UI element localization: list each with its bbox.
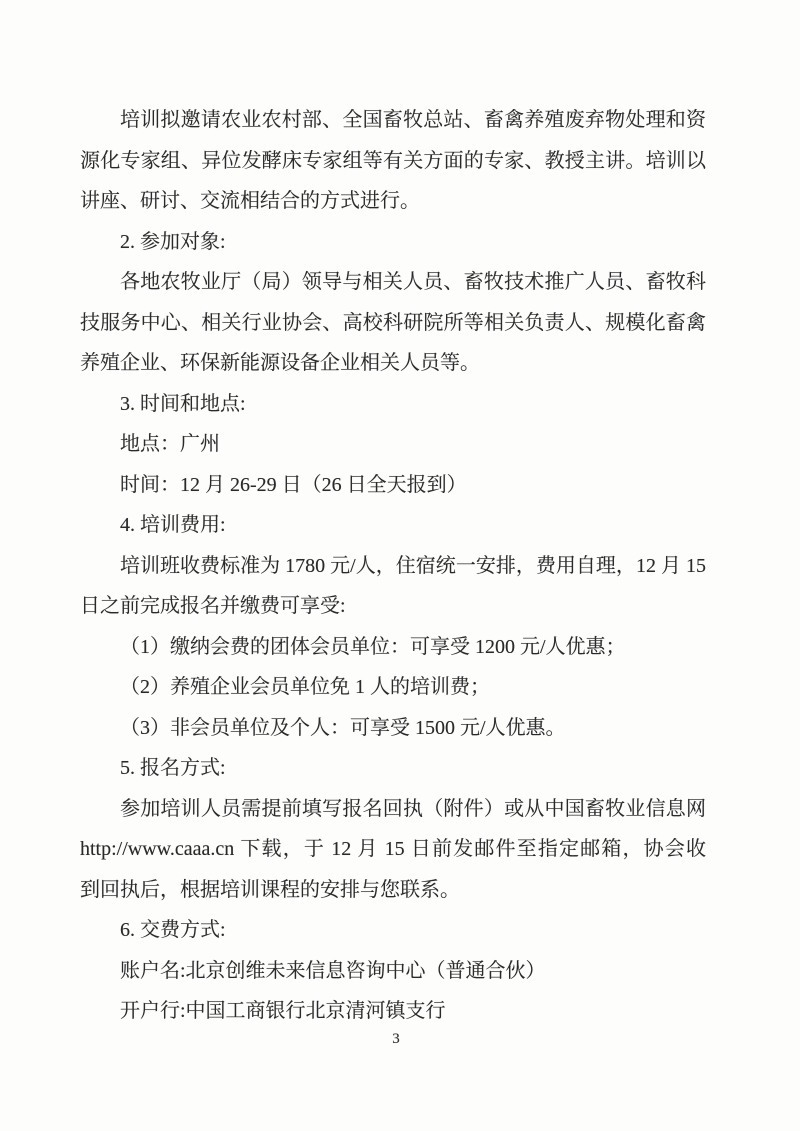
text-line: 讲座、研讨、交流相结合的方式进行。 [80,181,706,222]
text-line: 参加培训人员需提前填写报名回执（附件）或从中国畜牧业信息网 [80,789,706,830]
text-line: （1）缴纳会费的团体会员单位：可享受 1200 元/人优惠； [80,627,706,668]
text-line: http://www.caaa.cn 下载，于 12 月 15 日前发邮件至指定… [80,829,706,870]
section-3-time-place-heading: 3. 时间和地点: [80,384,706,425]
fee-item-3: （3）非会员单位及个人：可享受 1500 元/人优惠。 [80,708,706,749]
place-line: 地点：广州 [80,424,706,465]
text-line: 各地农牧业厅（局）领导与相关人员、畜牧技术推广人员、畜牧科 [80,262,706,303]
document-page: 培训拟邀请农业农村部、全国畜牧总站、畜禽养殖废弃物处理和资源化专家组、异位发酵床… [0,0,800,1131]
page-number: 3 [0,1028,792,1050]
intro-lecturers-paragraph: 培训拟邀请农业农村部、全国畜牧总站、畜禽养殖废弃物处理和资源化专家组、异位发酵床… [80,100,706,222]
text-line: 开户行:中国工商银行北京清河镇支行 [80,991,706,1032]
text-line: 日之前完成报名并缴费可享受: [80,586,706,627]
text-line: 培训班收费标准为 1780 元/人，住宿统一安排，费用自理，12 月 15 [80,546,706,587]
text-line: 地点：广州 [80,424,706,465]
text-line: 技服务中心、相关行业协会、高校科研院所等相关负责人、规模化畜禽 [80,303,706,344]
heading-line: 4. 培训费用: [80,505,706,546]
section-2-participants-heading: 2. 参加对象: [80,222,706,263]
account-name-line: 账户名:北京创维未来信息咨询中心（普通合伙） [80,951,706,992]
text-line: （3）非会员单位及个人：可享受 1500 元/人优惠。 [80,708,706,749]
text-line: 源化专家组、异位发酵床专家组等有关方面的专家、教授主讲。培训以 [80,141,706,182]
fee-item-1: （1）缴纳会费的团体会员单位：可享受 1200 元/人优惠； [80,627,706,668]
time-line: 时间：12 月 26-29 日（26 日全天报到） [80,465,706,506]
text-line: 培训拟邀请农业农村部、全国畜牧总站、畜禽养殖废弃物处理和资 [80,100,706,141]
fee-standard-paragraph: 培训班收费标准为 1780 元/人，住宿统一安排，费用自理，12 月 15日之前… [80,546,706,627]
heading-line: 5. 报名方式: [80,748,706,789]
heading-line: 3. 时间和地点: [80,384,706,425]
text-line: （2）养殖企业会员单位免 1 人的培训费； [80,667,706,708]
text-line: 养殖企业、环保新能源设备企业相关人员等。 [80,343,706,384]
registration-paragraph: 参加培训人员需提前填写报名回执（附件）或从中国畜牧业信息网http://www.… [80,789,706,911]
participants-paragraph: 各地农牧业厅（局）领导与相关人员、畜牧技术推广人员、畜牧科技服务中心、相关行业协… [80,262,706,384]
heading-line: 6. 交费方式: [80,910,706,951]
section-4-fees-heading: 4. 培训费用: [80,505,706,546]
heading-line: 2. 参加对象: [80,222,706,263]
section-5-registration-heading: 5. 报名方式: [80,748,706,789]
text-line: 到回执后，根据培训课程的安排与您联系。 [80,870,706,911]
text-line: 账户名:北京创维未来信息咨询中心（普通合伙） [80,951,706,992]
document-body: 培训拟邀请农业农村部、全国畜牧总站、畜禽养殖废弃物处理和资源化专家组、异位发酵床… [80,100,706,1032]
section-6-payment-heading: 6. 交费方式: [80,910,706,951]
bank-branch-line: 开户行:中国工商银行北京清河镇支行 [80,991,706,1032]
text-line: 时间：12 月 26-29 日（26 日全天报到） [80,465,706,506]
fee-item-2: （2）养殖企业会员单位免 1 人的培训费； [80,667,706,708]
